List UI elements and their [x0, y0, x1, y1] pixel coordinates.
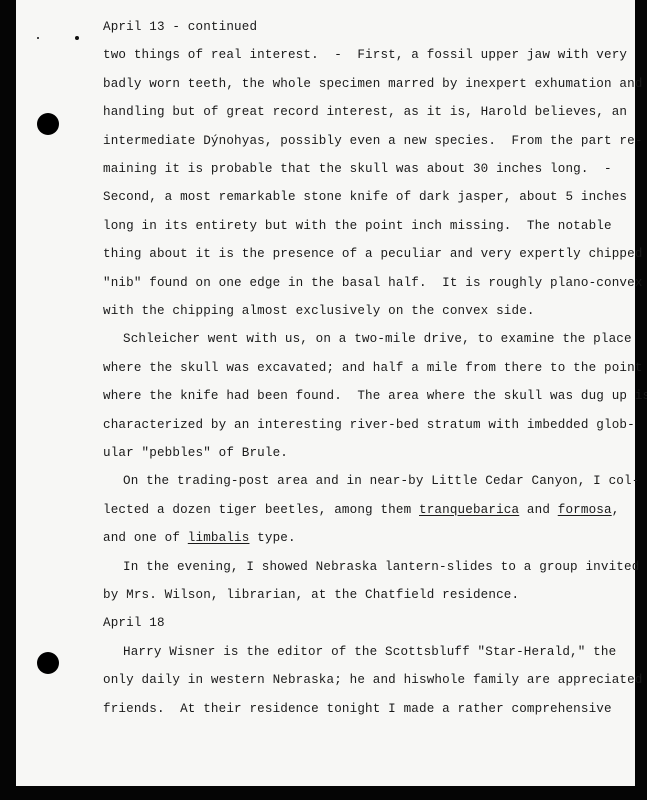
text-line: long in its entirety but with the point …: [103, 219, 612, 233]
text-line: "nib" found on one edge in the basal hal…: [103, 276, 643, 290]
text-line: handling but of great record interest, a…: [103, 105, 627, 119]
entry-header: April 13 - continued: [103, 20, 257, 34]
text-line: characterized by an interesting river-be…: [103, 418, 635, 432]
paper-speck: [75, 36, 79, 40]
text-line: maining it is probable that the skull wa…: [103, 162, 612, 176]
paper-speck: [37, 37, 39, 39]
text-line: where the knife had been found. The area…: [103, 389, 647, 403]
species-name: limbalis: [188, 531, 250, 545]
species-name: tranquebarica: [419, 503, 519, 517]
text-line: thing about it is the presence of a pecu…: [103, 247, 643, 261]
text-line: with the chipping almost exclusively on …: [103, 304, 535, 318]
species-name: formosa: [558, 503, 612, 517]
text-line: In the evening, I showed Nebraska lanter…: [103, 560, 639, 574]
punch-hole-top: [37, 113, 59, 135]
text-line: friends. At their residence tonight I ma…: [103, 702, 612, 716]
punch-hole-bottom: [37, 652, 59, 674]
text-line: lected a dozen tiger beetles, among them…: [103, 503, 619, 517]
text-line: Schleicher went with us, on a two-mile d…: [103, 332, 632, 346]
text-line: badly worn teeth, the whole specimen mar…: [103, 77, 643, 91]
text-line: where the skull was excavated; and half …: [103, 361, 643, 375]
text-line: by Mrs. Wilson, librarian, at the Chatfi…: [103, 588, 519, 602]
text-line: and one of limbalis type.: [103, 531, 296, 545]
text-line: two things of real interest. - First, a …: [103, 48, 627, 62]
text-line: Harry Wisner is the editor of the Scotts…: [103, 645, 616, 659]
text-line: intermediate Dýnohyas, possibly even a n…: [103, 134, 643, 148]
text-line: On the trading-post area and in near-by …: [103, 474, 639, 488]
text-line: ular "pebbles" of Brule.: [103, 446, 288, 460]
entry-header: April 18: [103, 616, 165, 630]
text-line: only daily in western Nebraska; he and h…: [103, 673, 643, 687]
text-line: Second, a most remarkable stone knife of…: [103, 190, 627, 204]
